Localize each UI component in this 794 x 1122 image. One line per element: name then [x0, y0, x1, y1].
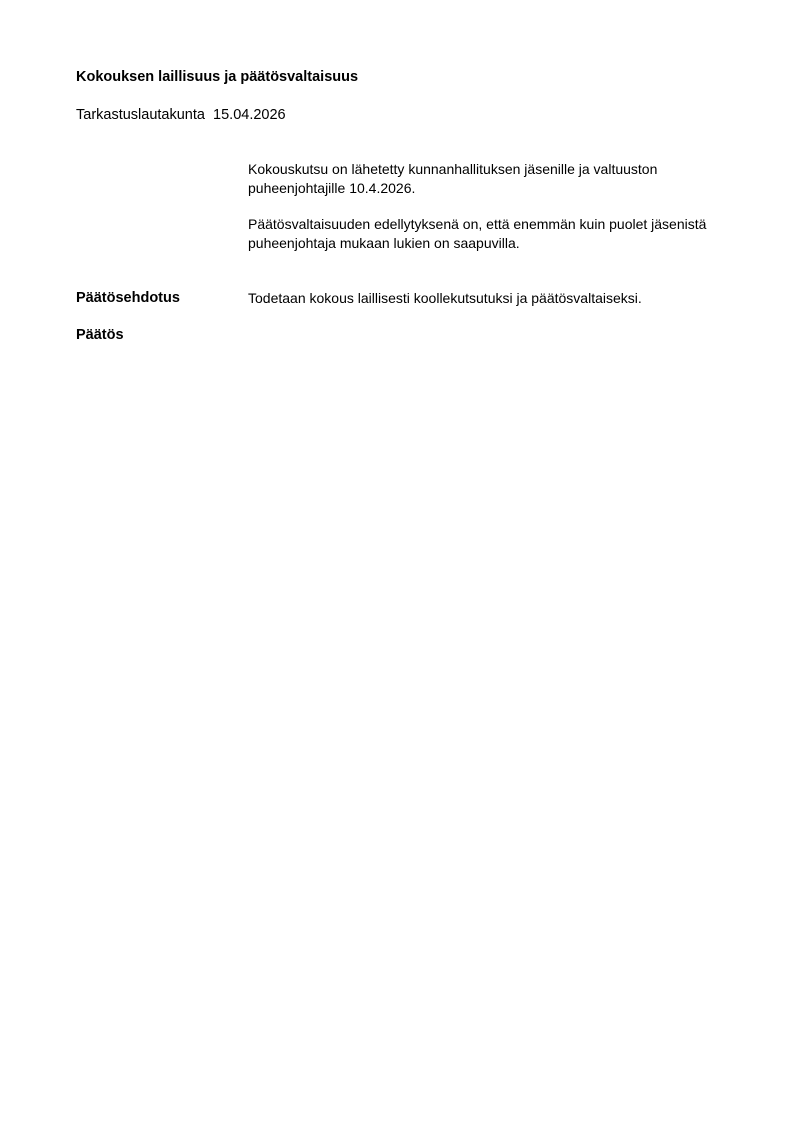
document-title: Kokouksen laillisuus ja päätösvaltaisuus [76, 69, 358, 85]
decision-label: Päätös [76, 327, 124, 343]
proposal-text: Todetaan kokous laillisesti koollekutsut… [248, 290, 642, 306]
quorum-paragraph: Päätösvaltaisuuden edellytyksenä on, ett… [248, 215, 718, 253]
invitation-paragraph: Kokouskutsu on lähetetty kunnanhallituks… [248, 160, 718, 198]
proposal-label: Päätösehdotus [76, 290, 180, 306]
board-name: Tarkastuslautakunta [76, 107, 205, 123]
meeting-info: Tarkastuslautakunta 15.04.2026 [76, 107, 286, 123]
meeting-date: 15.04.2026 [213, 107, 286, 123]
